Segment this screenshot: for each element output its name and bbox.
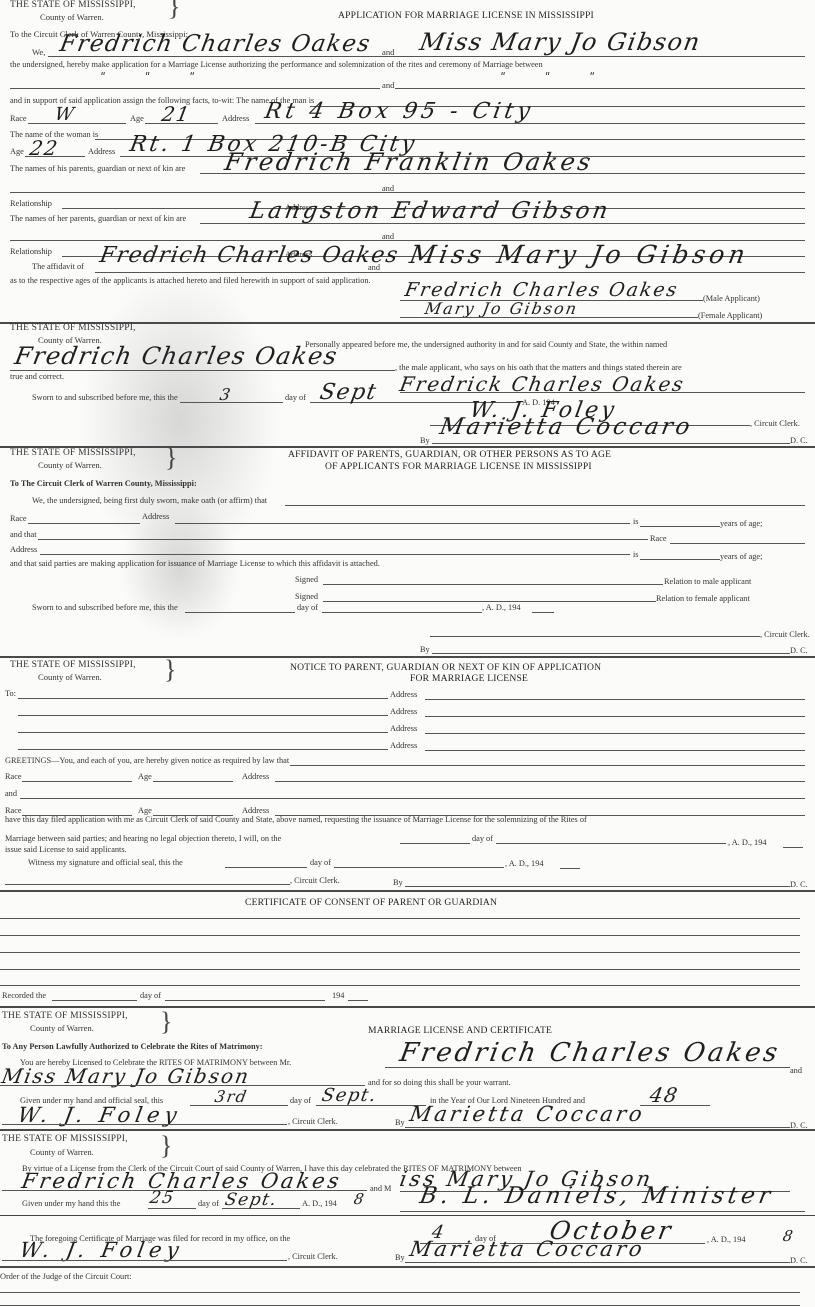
recorded-year-line [348, 1000, 368, 1001]
dc-label: D. C. [790, 436, 808, 446]
recorded-month-line [165, 1000, 325, 1001]
license-title: MARRIAGE LICENSE AND CERTIFICATE [368, 1025, 552, 1036]
dc-label-n: D. C. [790, 880, 808, 890]
section-divider [0, 1129, 815, 1131]
address-label-2: Address [88, 147, 115, 157]
state-heading: THE STATE OF MISSISSIPPI, [10, 0, 136, 10]
certificate-day-field[interactable]: 25 [148, 1188, 176, 1208]
section-divider [0, 890, 815, 892]
affidavit-male-field[interactable]: Fredrich Charles Oakes [98, 243, 401, 268]
male-race-field[interactable]: W [53, 104, 77, 125]
consent-title: CERTIFICATE OF CONSENT OF PARENT OR GUAR… [245, 897, 497, 908]
blank-line [395, 88, 805, 89]
address-line-n1 [425, 699, 805, 700]
his-parents-field[interactable]: Fredrich Franklin Oakes [223, 148, 596, 176]
notice-year-line [783, 847, 803, 848]
by-label-6: By [395, 1118, 405, 1128]
day-of-label-n: day of [472, 834, 493, 844]
female-name-field[interactable]: Miss Mary Jo Gibson [418, 28, 704, 56]
sworn-sig-line [400, 392, 805, 393]
county-heading: County of Warren. [40, 12, 104, 22]
section-divider-thin [0, 1215, 815, 1216]
male-signature-field[interactable]: Fredrich Charles Oakes [403, 279, 680, 301]
recorded-year: 194 [332, 991, 344, 1001]
age-line-4 [640, 559, 720, 560]
clerk-line-3 [430, 636, 760, 637]
application-title: APPLICATION FOR MARRIAGE LICENSE IN MISS… [338, 10, 594, 21]
personally-text: Personally appeared before me, the under… [305, 340, 667, 350]
years-label-2: years of age; [720, 552, 762, 562]
years-label: years of age; [720, 519, 762, 529]
is-label: is [633, 517, 639, 527]
section-divider [0, 1006, 815, 1008]
age-label: Age [130, 114, 144, 124]
address-label: Address [222, 114, 249, 124]
year-line-3 [532, 612, 554, 613]
and-label-2: and [382, 80, 394, 90]
state-heading-7: THE STATE OF MISSISSIPPI, [2, 1134, 128, 1144]
male-address-field[interactable]: Rt 4 Box 95 - City [263, 99, 536, 124]
ditto-marks-right: " " " [499, 70, 613, 83]
license-year-field[interactable]: 48 [648, 1083, 681, 1107]
and-that-line [38, 539, 648, 540]
female-applicant-label: (Female Applicant) [698, 311, 762, 321]
dc-label-7: D. C. [790, 1256, 808, 1266]
rel-female-label: Relation to female applicant [656, 594, 750, 604]
male-applicant-label: (Male Applicant) [703, 294, 760, 304]
brace: } [165, 445, 177, 471]
female-name-line [400, 56, 805, 57]
deputy-line-7 [405, 1262, 790, 1263]
clerk-signature-field-7[interactable]: W. J. Foley [18, 1238, 186, 1262]
to-label: To: [5, 689, 16, 699]
state-heading-4: THE STATE OF MISSISSIPPI, [10, 660, 136, 670]
rel-male-label: Relation to male applicant [664, 577, 751, 587]
relationship-label-2: Relationship [10, 247, 52, 257]
his-parents-label: The names of his parents, guardian or ne… [10, 164, 185, 174]
county-heading-7: County of Warren. [30, 1147, 94, 1157]
to-any-text: To Any Person Lawfully Authorized to Cel… [2, 1042, 263, 1052]
warrant-text: and for so doing this shall be your warr… [368, 1078, 511, 1088]
witness-month-line [334, 867, 504, 868]
greetings-line [290, 765, 805, 766]
deputy-signature-field-7[interactable]: Marietta Coccaro [408, 1237, 647, 1261]
given-text-7: Given under my hand this the [22, 1199, 120, 1209]
address-label-n2: Address [390, 707, 417, 717]
state-heading-2: THE STATE OF MISSISSIPPI, [10, 323, 136, 333]
bride-line [0, 1085, 365, 1086]
deputy-signature-field-6[interactable]: Marietta Coccaro [408, 1102, 647, 1126]
cert-groom-line [2, 1190, 367, 1191]
day-of-label-6: day of [290, 1096, 311, 1106]
true-correct-text: true and correct. [10, 372, 64, 382]
filed-text-3: issue said License to said applicants. [5, 845, 127, 855]
by-label-7: By [395, 1253, 405, 1263]
consent-line-3 [0, 952, 800, 953]
brace: } [160, 1009, 172, 1035]
signed-line-2 [323, 601, 656, 602]
order-line-2 [0, 1305, 800, 1306]
signed-label: Signed [295, 575, 318, 585]
minister-signature-field[interactable]: B. L. Daniels, Minister [418, 1183, 776, 1209]
address-label-n3: Address [390, 724, 417, 734]
scan-stain [120, 500, 240, 640]
to-line-2 [18, 715, 388, 716]
affidavit-of-label: The affidavit of [32, 262, 84, 272]
circuit-clerk-label-n: , Circuit Clerk. [290, 876, 340, 886]
race-label-n1: Race [5, 772, 22, 782]
ad-label-f: , A. D., 194 [707, 1235, 746, 1245]
oath-line [285, 505, 805, 506]
address-line-n3 [425, 733, 805, 734]
brace: } [164, 657, 176, 683]
female-age-field[interactable]: 22 [28, 136, 61, 160]
race-line-4 [670, 543, 805, 544]
and-that-label: and that [10, 530, 37, 540]
dc-label-3: D. C. [790, 646, 808, 656]
filed-text-1: have this day filed application with me … [5, 815, 587, 825]
address-label-n5: Address [242, 772, 269, 782]
state-heading-6: THE STATE OF MISSISSIPPI, [2, 1011, 128, 1021]
sworn-day-line-3 [185, 612, 295, 613]
deputy-signature-field[interactable]: Marietta Coccaro [438, 414, 695, 440]
and-line-n [20, 798, 805, 799]
recorded-day-of: day of [140, 991, 161, 1001]
witness-day-line [225, 867, 307, 868]
is-label-2: is [633, 550, 639, 560]
ad-label-7: A. D., 194 [302, 1199, 337, 1209]
race-line [28, 123, 126, 124]
affidavit-line [95, 272, 805, 273]
and-label-n: and [5, 789, 17, 799]
appeared-name-field[interactable]: Fredrich Charles Oakes [13, 342, 341, 370]
race-label-3: Race [10, 514, 27, 524]
ad-label-w: , A. D., 194 [505, 859, 544, 869]
blank-line [10, 192, 805, 193]
clerk-line-7 [2, 1260, 287, 1261]
female-sig-line [400, 317, 698, 318]
brace: } [168, 0, 180, 20]
order-line-1 [0, 1292, 800, 1293]
clerk-line-6 [2, 1124, 287, 1125]
circuit-clerk-label-7: , Circuit Clerk. [288, 1252, 338, 1262]
sworn-month-line-3 [322, 612, 482, 613]
address-line-n5 [275, 781, 805, 782]
day-of-label-7: day of [198, 1199, 219, 1209]
notice-title-1: NOTICE TO PARENT, GUARDIAN OR NEXT OF KI… [290, 662, 601, 673]
sworn-month-field[interactable]: Sept [318, 380, 379, 405]
county-heading-6: County of Warren. [30, 1023, 94, 1033]
day-of-label-3: day of [297, 603, 318, 613]
age-line-3 [640, 526, 720, 527]
notice-deputy-line [405, 886, 790, 887]
undersigned-text: the undersigned, hereby make application… [10, 60, 543, 70]
to-line-3 [18, 732, 388, 733]
consent-line-4 [0, 969, 800, 970]
section-divider [0, 656, 815, 658]
age-label-2: Age [10, 147, 24, 157]
consent-line-5 [0, 985, 800, 986]
and-label-6: and [790, 1066, 802, 1076]
sworn-text-3: Sworn to and subscribed before me, this … [32, 603, 178, 613]
by-label-n: By [393, 878, 403, 888]
consent-line-2 [0, 935, 800, 936]
address-label-n1: Address [390, 690, 417, 700]
her-parents-field[interactable]: Langston Edward Gibson [248, 198, 613, 224]
oath-text: We, the undersigned, being first duly sw… [32, 496, 267, 506]
appeared-name-line [10, 370, 395, 371]
blank-line [10, 88, 380, 89]
and-m-label: and M [370, 1184, 391, 1194]
address-line-6 [40, 554, 630, 555]
race-label: Race [10, 114, 27, 124]
male-age-field[interactable]: 21 [160, 102, 193, 126]
we-label: We, [32, 47, 45, 57]
address-label-n4: Address [390, 741, 417, 751]
circuit-clerk-label-6: , Circuit Clerk. [288, 1117, 338, 1127]
age-label-n1: Age [138, 772, 152, 782]
ad-label-3: , A. D., 194 [482, 603, 521, 613]
state-heading-3: THE STATE OF MISSISSIPPI, [10, 448, 136, 458]
section-divider [0, 1266, 815, 1268]
circuit-clerk-label-3: , Circuit Clerk. [760, 630, 810, 640]
affidavit-female-field[interactable]: Miss Mary Jo Gibson [407, 240, 751, 269]
witness-text: Witness my signature and official seal, … [28, 858, 183, 868]
male-name-field[interactable]: Fredrich Charles Oakes [58, 31, 373, 57]
county-heading-3: County of Warren. [38, 460, 102, 470]
her-parents-label: The names of her parents, guardian or ne… [10, 214, 186, 224]
deputy-line-6 [405, 1127, 790, 1128]
address-line-n2 [425, 716, 805, 717]
to-line-4 [18, 749, 388, 750]
signed-label-2: Signed [295, 592, 318, 602]
age-line-n1 [153, 781, 233, 782]
license-day-field[interactable]: 3rd [213, 1087, 249, 1106]
recorded-day-line [52, 1000, 137, 1001]
sworn-text: Sworn to and subscribed before me, this … [32, 393, 178, 403]
race-line-3 [28, 523, 140, 524]
day-of-label-w: day of [310, 858, 331, 868]
ditto-marks-left: " " " [99, 70, 213, 83]
deputy-line-3 [432, 653, 790, 654]
to-clerk-label-3: To The Circuit Clerk of Warren County, M… [10, 479, 197, 489]
consent-line-1 [0, 918, 800, 919]
notice-day-line [400, 843, 470, 844]
signed-line [323, 584, 663, 585]
by-label: By [420, 436, 430, 446]
relationship-label: Relationship [10, 199, 52, 209]
race-label-4: Race [650, 534, 667, 544]
order-label: Order of the Judge of the Circuit Court: [0, 1272, 132, 1282]
affidavit-title-2: OF APPLICANTS FOR MARRIAGE LICENSE IN MI… [325, 461, 592, 472]
address-label-6: Address [10, 545, 37, 555]
address-line-n4 [425, 750, 805, 751]
minister-line [400, 1211, 805, 1212]
filed-year-digit[interactable]: 8 [781, 1227, 795, 1245]
ad-label-n: , A. D., 194 [728, 838, 767, 848]
and-label: and [382, 47, 394, 57]
recorded-label: Recorded the [2, 991, 46, 1001]
sworn-day-line [180, 402, 283, 403]
deputy-line [432, 443, 790, 444]
greetings-text: GREETINGS—You, and each of you, are here… [5, 756, 289, 766]
address-label-5: Address [142, 512, 169, 522]
notice-clerk-line [5, 884, 290, 885]
respective-text: as to the respective ages of the applica… [10, 276, 371, 286]
notice-title-2: FOR MARRIAGE LICENSE [410, 673, 528, 684]
female-signature-field[interactable]: Mary Jo Gibson [423, 299, 579, 318]
cert-day-line [148, 1208, 196, 1209]
to-line-1 [18, 698, 388, 699]
brace: } [160, 1133, 172, 1159]
certificate-year-digit[interactable]: 8 [352, 1190, 366, 1208]
witness-year-line [560, 868, 580, 869]
circuit-clerk-label: , Circuit Clerk. [750, 419, 800, 429]
race-line-n1 [22, 781, 132, 782]
affidavit-title-1: AFFIDAVIT OF PARENTS, GUARDIAN, OR OTHER… [288, 449, 611, 460]
county-heading-4: County of Warren. [38, 672, 102, 682]
groom-name-field[interactable]: Fredrich Charles Oakes [397, 1038, 782, 1068]
filed-text-2: Marriage between said parties; and heari… [5, 834, 281, 844]
day-of-label: day of [285, 393, 306, 403]
by-label-3: By [420, 645, 430, 655]
address-line-5 [175, 523, 630, 524]
notice-month-line [496, 843, 726, 844]
parties-text: and that said parties are making applica… [10, 559, 380, 569]
license-month-field[interactable]: Sept. [320, 1085, 379, 1106]
certificate-month-field[interactable]: Sept. [223, 1190, 279, 1210]
